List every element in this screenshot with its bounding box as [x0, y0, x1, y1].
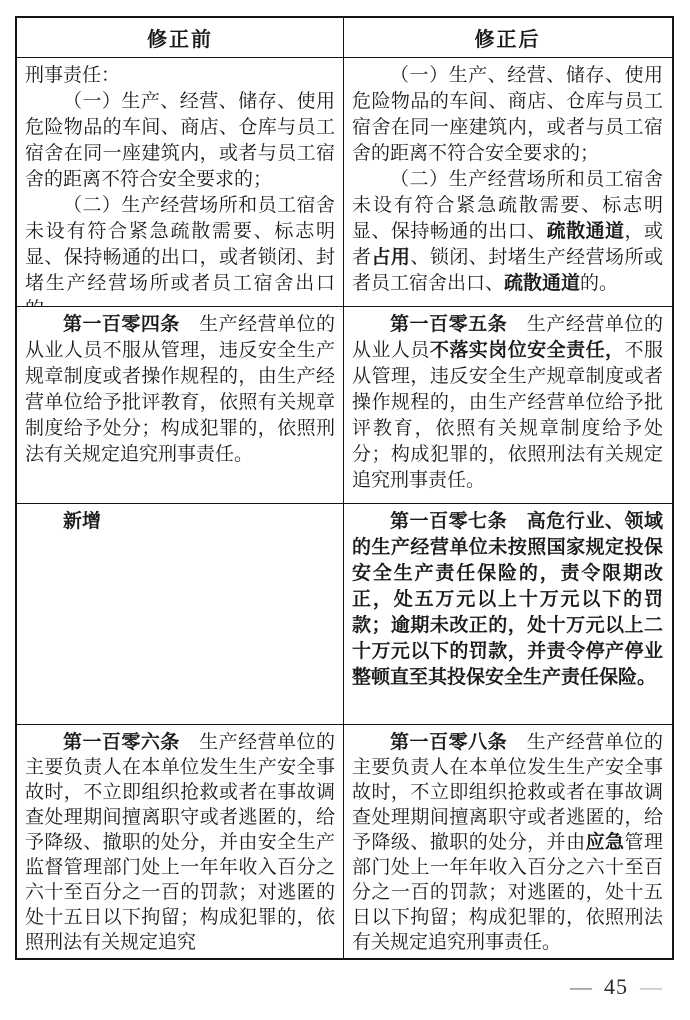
- text-segment: 不服从管理，违反安全生产规章制度或者操作规程的，由生产经营单位给予批评教育，依照…: [352, 340, 663, 491]
- table-row: 新增第一百零七条 高危行业、领域的生产经营单位未按照国家规定投保安全生产责任保险…: [17, 504, 672, 725]
- comparison-table: 修正前 修正后 刑事责任：（一）生产、经营、储存、使用危险物品的车间、商店、仓库…: [15, 16, 674, 960]
- document-page: 修正前 修正后 刑事责任：（一）生产、经营、储存、使用危险物品的车间、商店、仓库…: [0, 0, 690, 1020]
- page-number-dash-left: —: [570, 974, 592, 999]
- table-body: 刑事责任：（一）生产、经营、储存、使用危险物品的车间、商店、仓库与员工宿舍在同一…: [17, 58, 672, 958]
- table-row: 刑事责任：（一）生产、经营、储存、使用危险物品的车间、商店、仓库与员工宿舍在同一…: [17, 58, 672, 307]
- emphasized-text: 应急: [586, 832, 625, 853]
- text-segment: （一）生产、经营、储存、使用危险物品的车间、商店、仓库与员工宿舍在同一座建筑内，…: [25, 91, 335, 190]
- cell-before-amendment: 新增: [17, 504, 344, 724]
- emphasized-text: 第一百零六条: [63, 732, 180, 753]
- paragraph: 第一百零五条 生产经营单位的从业人员不落实岗位安全责任，不服从管理，违反安全生产…: [352, 312, 663, 494]
- text-segment: （二）生产经营场所和员工宿舍未设有符合紧急疏散需要、标志明显、保持畅通的出口，或…: [25, 195, 335, 306]
- paragraph: 第一百零四条 生产经营单位的从业人员不服从管理，违反安全生产规章制度或者操作规程…: [25, 312, 335, 468]
- header-cell-after-amendment: 修正后: [344, 18, 671, 57]
- text-segment: （一）生产、经营、储存、使用危险物品的车间、商店、仓库与员工宿舍在同一座建筑内，…: [352, 65, 663, 164]
- paragraph: （一）生产、经营、储存、使用危险物品的车间、商店、仓库与员工宿舍在同一座建筑内，…: [352, 63, 663, 167]
- emphasized-text: 第一百零八条: [390, 732, 507, 753]
- cell-after-amendment: 第一百零七条 高危行业、领域的生产经营单位未按照国家规定投保安全生产责任保险的，…: [344, 504, 671, 724]
- emphasized-text: 疏散通道: [547, 221, 625, 242]
- paragraph: 第一百零八条 生产经营单位的主要负责人在本单位发生生产安全事故时，不立即组织抢救…: [352, 730, 663, 955]
- cell-after-amendment: （一）生产、经营、储存、使用危险物品的车间、商店、仓库与员工宿舍在同一座建筑内，…: [344, 58, 671, 306]
- table-header-row: 修正前 修正后: [17, 18, 672, 58]
- paragraph: （二）生产经营场所和员工宿舍未设有符合紧急疏散需要、标志明显、保持畅通的出口，或…: [25, 193, 335, 306]
- emphasized-text: 第一百零七条 高危行业、领域的生产经营单位未按照国家规定投保安全生产责任保险的，…: [352, 511, 663, 688]
- header-cell-before-amendment: 修正前: [17, 18, 344, 57]
- table-row: 第一百零六条 生产经营单位的主要负责人在本单位发生生产安全事故时，不立即组织抢救…: [17, 725, 672, 958]
- text-segment: 刑事责任：: [25, 65, 120, 86]
- paragraph: 第一百零六条 生产经营单位的主要负责人在本单位发生生产安全事故时，不立即组织抢救…: [25, 730, 335, 955]
- table-row: 第一百零四条 生产经营单位的从业人员不服从管理，违反安全生产规章制度或者操作规程…: [17, 307, 672, 504]
- page-number: —45—: [570, 974, 662, 1000]
- paragraph: （二）生产经营场所和员工宿舍未设有符合紧急疏散需要、标志明显、保持畅通的出口、疏…: [352, 167, 663, 297]
- emphasized-text: 新增: [63, 511, 101, 532]
- emphasized-text: 疏散通道: [504, 273, 580, 294]
- text-segment: 生产经营单位的主要负责人在本单位发生生产安全事故时，不立即组织抢救或者在事故调查…: [25, 732, 335, 953]
- emphasized-text: 第一百零五条: [390, 314, 507, 335]
- cell-after-amendment: 第一百零五条 生产经营单位的从业人员不落实岗位安全责任，不服从管理，违反安全生产…: [344, 307, 671, 503]
- cell-before-amendment: 第一百零四条 生产经营单位的从业人员不服从管理，违反安全生产规章制度或者操作规程…: [17, 307, 344, 503]
- text-segment: 的。: [580, 273, 618, 294]
- page-number-value: 45: [604, 974, 628, 999]
- cell-after-amendment: 第一百零八条 生产经营单位的主要负责人在本单位发生生产安全事故时，不立即组织抢救…: [344, 725, 671, 958]
- emphasized-text: 占用: [371, 247, 410, 268]
- emphasized-text: 不落实岗位安全责任，: [430, 340, 625, 361]
- paragraph: 刑事责任：: [25, 63, 335, 89]
- cell-before-amendment: 刑事责任：（一）生产、经营、储存、使用危险物品的车间、商店、仓库与员工宿舍在同一…: [17, 58, 344, 306]
- text-segment: 生产经营单位的从业人员不服从管理，违反安全生产规章制度或者操作规程的，由生产经营…: [25, 314, 335, 465]
- cell-before-amendment: 第一百零六条 生产经营单位的主要负责人在本单位发生生产安全事故时，不立即组织抢救…: [17, 725, 344, 958]
- paragraph: 第一百零七条 高危行业、领域的生产经营单位未按照国家规定投保安全生产责任保险的，…: [352, 509, 663, 691]
- emphasized-text: 第一百零四条: [63, 314, 180, 335]
- paragraph: （一）生产、经营、储存、使用危险物品的车间、商店、仓库与员工宿舍在同一座建筑内，…: [25, 89, 335, 193]
- page-number-dash-right: —: [640, 974, 662, 999]
- paragraph: 新增: [25, 509, 335, 535]
